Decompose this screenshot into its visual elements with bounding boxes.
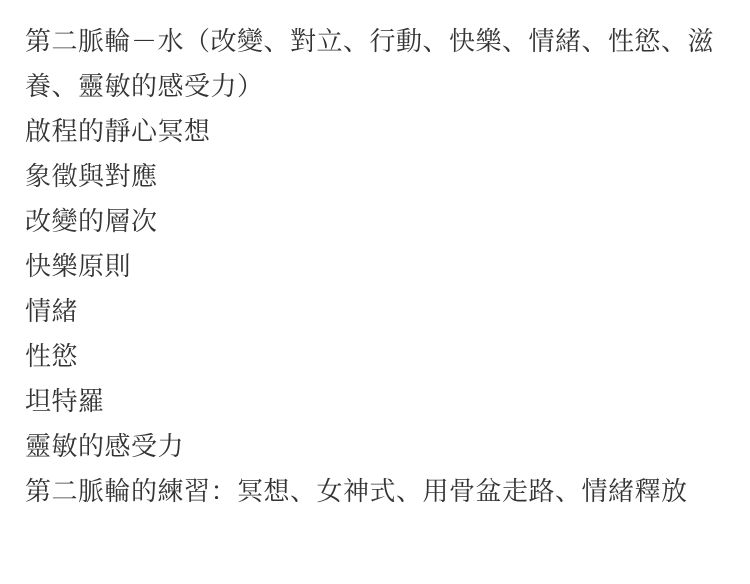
- toc-item-emotions[interactable]: 情緒: [25, 290, 735, 335]
- toc-item-chapter-title[interactable]: 第二脈輪－水（改變、對立、行動、快樂、情緒、性慾、滋養、靈敏的感受力）: [25, 20, 735, 110]
- toc-item-sensitivity[interactable]: 靈敏的感受力: [25, 425, 735, 470]
- toc-item-symbols-correspondences[interactable]: 象徵與對應: [25, 155, 735, 200]
- toc-item-levels-of-change[interactable]: 改變的層次: [25, 200, 735, 245]
- toc-item-tantra[interactable]: 坦特羅: [25, 380, 735, 425]
- toc-item-exercises[interactable]: 第二脈輪的練習：冥想、女神式、用骨盆走路、情緒釋放: [25, 470, 735, 515]
- toc-item-opening-meditation[interactable]: 啟程的靜心冥想: [25, 110, 735, 155]
- table-of-contents: 第二脈輪－水（改變、對立、行動、快樂、情緒、性慾、滋養、靈敏的感受力） 啟程的靜…: [25, 20, 735, 515]
- toc-item-pleasure-principle[interactable]: 快樂原則: [25, 245, 735, 290]
- toc-item-sexuality[interactable]: 性慾: [25, 335, 735, 380]
